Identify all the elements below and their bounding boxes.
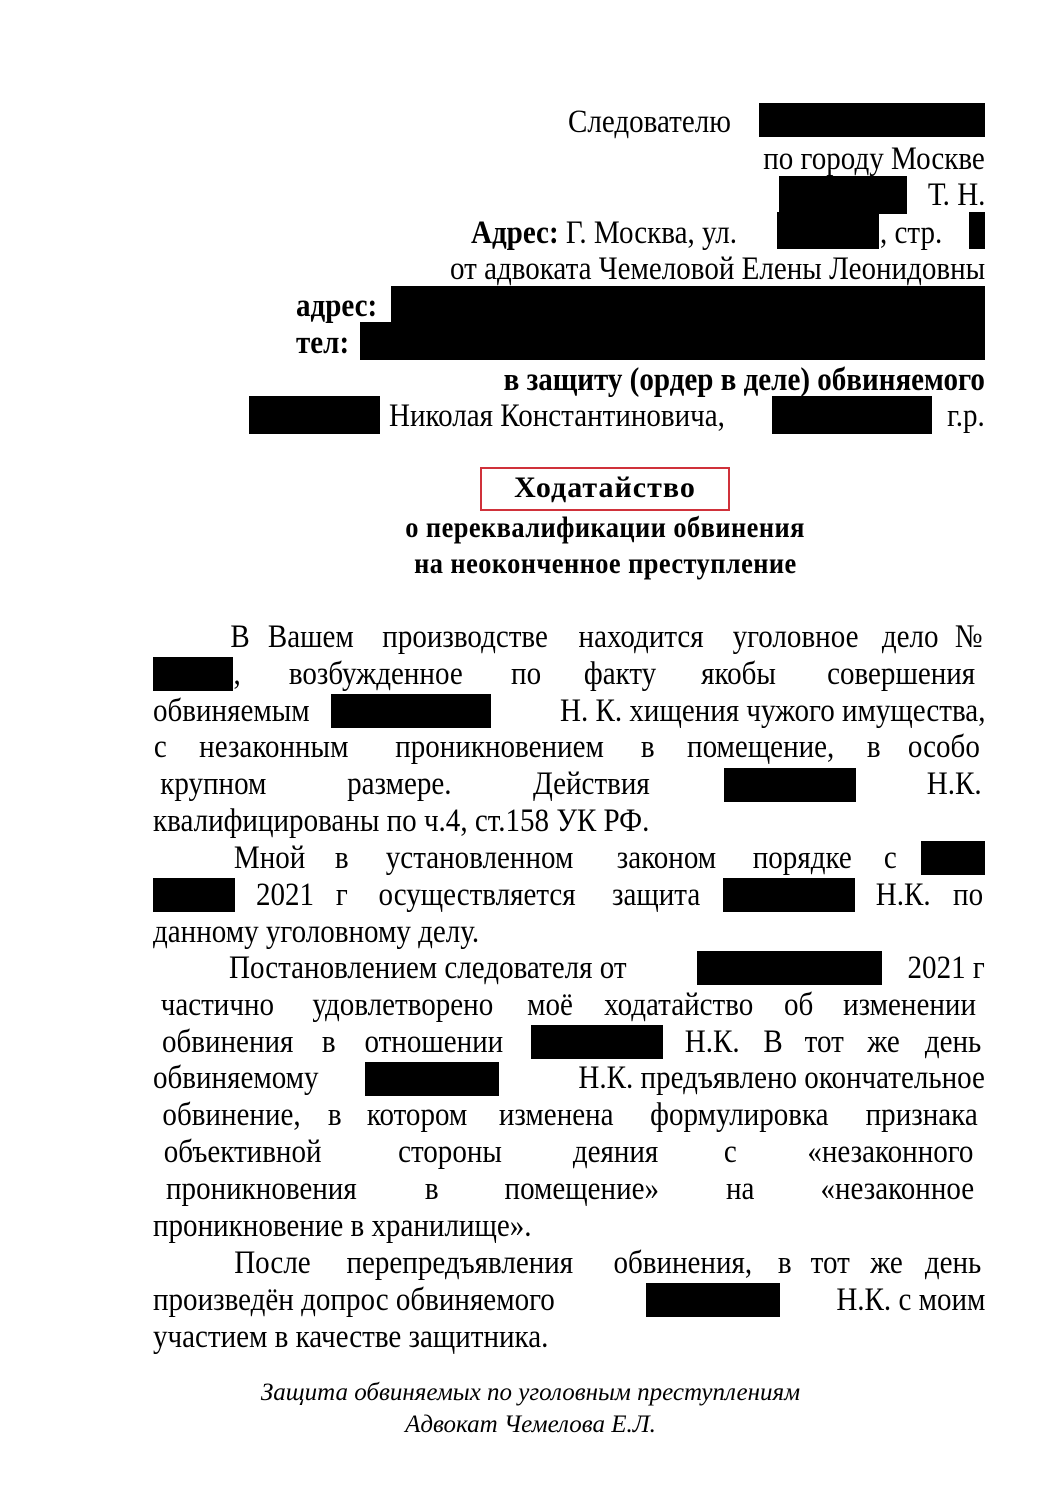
p2-line-2: 2021госуществляетсязащитаН.К.по: [153, 877, 985, 914]
to-line: Следователю: [568, 104, 753, 140]
word: отношении: [364, 1024, 503, 1061]
from-text: от адвоката Чемеловой Елены Леонидовны: [450, 251, 985, 287]
word: с: [154, 729, 167, 766]
word: Н.К.: [926, 766, 981, 803]
word: с: [724, 1134, 737, 1171]
p3-line-6: объективнойстороныдеянияс«незаконного: [153, 1134, 985, 1171]
word: на: [726, 1171, 754, 1208]
word: с: [884, 840, 897, 877]
word: особо: [908, 729, 980, 766]
word: обвинение,: [162, 1097, 300, 1134]
birth-suffix: г.р.: [947, 398, 985, 434]
paragraph-4: Послеперепредъявленияобвинения,втотжеден…: [153, 1245, 985, 1355]
footer-signature: Адвокат Чемелова Е.Л.: [0, 1409, 1061, 1441]
word: производстве: [382, 619, 548, 656]
p4-line-2: произведён допрос обвиняемого Н.К. с мои…: [153, 1282, 985, 1319]
word: осуществляется: [378, 877, 575, 914]
p3-line-4: обвиняемому Н.К. предъявлено окончательн…: [153, 1060, 985, 1097]
redacted-case-number: ,: [153, 656, 241, 693]
word: Н.К.: [685, 1024, 740, 1061]
word: Вашем: [268, 619, 354, 656]
word: день: [925, 1024, 981, 1061]
text: обвиняемому: [153, 1060, 319, 1097]
subtitle-1-text: о переквалификации обвинения: [405, 510, 805, 546]
text: Постановлением следователя от: [229, 950, 627, 987]
phone-label: тел:: [296, 325, 349, 361]
address-text: Г. Москва, ул.: [566, 215, 737, 251]
word: изменена: [498, 1097, 613, 1134]
p1-line-4: снезаконнымпроникновениемвпомещение,восо…: [153, 729, 985, 766]
subtitle-2-text: на неоконченное преступление: [414, 546, 797, 582]
text: участием в качестве защитника.: [153, 1319, 548, 1356]
redacted-street: [777, 212, 879, 249]
building-label: , стр.: [880, 215, 942, 251]
word: Действия: [533, 766, 650, 803]
redacted-building: [969, 212, 985, 249]
word: помещение»: [504, 1171, 659, 1208]
word: объективной: [164, 1134, 322, 1171]
word: В: [230, 619, 249, 656]
p1-line-2: ,возбужденноепофактуякобысовершения: [153, 656, 985, 693]
word: После: [234, 1245, 310, 1282]
word: крупном: [160, 766, 266, 803]
word: об: [784, 987, 813, 1024]
word: по: [953, 877, 983, 914]
word: обвинения: [162, 1024, 293, 1061]
building-line: , стр.: [880, 215, 951, 251]
word: ходатайство: [605, 987, 754, 1024]
word: законом: [617, 840, 716, 877]
word: находится: [579, 619, 704, 656]
word: удовлетворено: [312, 987, 493, 1024]
word: совершения: [827, 656, 975, 693]
text: 2021 г: [908, 950, 985, 987]
p2-line-3: данному уголовному делу.: [153, 914, 985, 951]
redacted-surname: [365, 1062, 499, 1096]
word: перепредъявления: [347, 1245, 574, 1282]
word: возбужденное: [288, 656, 462, 693]
p3-line-2: частичноудовлетвореномоёходатайствообизм…: [153, 987, 985, 1024]
word: по: [512, 656, 542, 693]
p1-line-3: обвиняемым Н. К. хищения чужого имуществ…: [153, 693, 985, 730]
word: проникновения: [166, 1171, 357, 1208]
word: В: [763, 1024, 782, 1061]
word: защита: [612, 877, 700, 914]
redacted-text: [531, 1025, 663, 1059]
word: порядке: [753, 840, 852, 877]
word: частично: [161, 987, 274, 1024]
word: формулировка: [650, 1097, 828, 1134]
lawyer-address-line: адрес:: [296, 288, 388, 324]
word: в: [335, 840, 349, 877]
redacted-surname: [331, 694, 491, 728]
word: в: [867, 729, 881, 766]
word: в: [425, 1171, 439, 1208]
word: г: [335, 877, 347, 914]
text: проникновение в хранилище».: [153, 1208, 532, 1245]
phone-line: тел:: [296, 325, 356, 361]
p1-line-6: квалифицированы по ч.4, ст.158 УК РФ.: [153, 803, 985, 840]
p3-line-7: проникновениявпомещение»на«незаконное: [153, 1171, 985, 1208]
redacted-lawyer-address: [391, 286, 985, 324]
redacted-surname: [646, 1283, 780, 1317]
word: факту: [584, 656, 656, 693]
lawyer-address-label: адрес:: [296, 288, 377, 324]
word: же: [871, 1245, 904, 1282]
p4-line-3: участием в качестве защитника.: [153, 1319, 985, 1356]
initials-line: Т. Н.: [0, 177, 985, 213]
p3-line-8: проникновение в хранилище».: [153, 1208, 985, 1245]
document-subtitle-line-2: на неоконченное преступление: [300, 546, 910, 582]
p3-line-1: Постановлением следователя от 2021 г: [153, 950, 985, 987]
paragraph-3: Постановлением следователя от 2021 г час…: [153, 950, 985, 1244]
word: изменении: [843, 987, 976, 1024]
word: проникновением: [395, 729, 604, 766]
defense-text: в защиту (ордер в деле) обвиняемого: [504, 362, 985, 398]
p3-line-3: обвинениявотношенииН.К.Втотжедень: [153, 1024, 985, 1061]
word: уголовное: [732, 619, 858, 656]
word: деяния: [573, 1134, 658, 1171]
text: Н.К. предъявлено окончательное: [579, 1060, 985, 1097]
word: незаконным: [200, 729, 349, 766]
defense-line: в защиту (ордер в деле) обвиняемого: [0, 362, 985, 398]
city-line: по городу Москве: [0, 141, 985, 177]
address-line: Адрес: Г. Москва, ул.: [471, 215, 773, 251]
p4-line-1: Послеперепредъявленияобвинения,втотжеден…: [153, 1245, 985, 1282]
redacted-phone: [360, 322, 985, 360]
p2-line-1: Мнойвустановленномзакономпорядкес: [153, 840, 985, 877]
word: признака: [865, 1097, 977, 1134]
p1-line-5: крупномразмере.ДействияН.К.: [153, 766, 985, 803]
word: котором: [366, 1097, 466, 1134]
paragraph-2: Мнойвустановленномзакономпорядкес 2021го…: [153, 840, 985, 950]
word: Мной: [234, 840, 305, 877]
redacted-text: [153, 657, 233, 691]
text: обвиняемым: [153, 693, 310, 730]
initials-text: Т. Н.: [927, 177, 985, 213]
word: в: [640, 729, 654, 766]
text: Н. К. хищения чужого имущества,: [560, 693, 985, 730]
birth-line: г.р.: [0, 398, 985, 434]
document-title: Ходатайство: [480, 468, 730, 508]
p1-line-1: ВВашемпроизводственаходитсяуголовноедело…: [153, 619, 985, 656]
word: №: [955, 619, 983, 656]
redacted-text: [724, 768, 856, 802]
address-label: Адрес:: [471, 215, 559, 251]
word: дело: [882, 619, 939, 656]
word: ,: [233, 656, 240, 693]
text: Н.К. с моим: [836, 1282, 985, 1319]
word: 2021: [256, 877, 314, 914]
word: день: [925, 1245, 981, 1282]
word: моё: [527, 987, 573, 1024]
text: данному уголовному делу.: [153, 914, 479, 951]
to-label: Следователю: [568, 104, 731, 140]
word: «незаконное: [821, 1171, 975, 1208]
word: тот: [805, 1024, 844, 1061]
word: же: [868, 1024, 901, 1061]
word: тот: [811, 1245, 850, 1282]
p3-line-5: обвинение,вкоторомизмененаформулировкапр…: [153, 1097, 985, 1134]
word: в: [322, 1024, 336, 1061]
redacted-date: [697, 951, 882, 985]
document-subtitle-line-1: о переквалификации обвинения: [300, 510, 910, 546]
word: помещение,: [687, 729, 834, 766]
redacted-text: [153, 878, 235, 912]
redacted-investigator-name: [759, 103, 985, 137]
word: якобы: [702, 656, 777, 693]
word: «незаконного: [808, 1134, 974, 1171]
paragraph-1: ВВашемпроизводственаходитсяуголовноедело…: [153, 619, 985, 840]
word: Н.К.: [875, 877, 930, 914]
redacted-text: [921, 841, 985, 875]
text: квалифицированы по ч.4, ст.158 УК РФ.: [153, 803, 649, 840]
word: установленном: [386, 840, 574, 877]
from-line: от адвоката Чемеловой Елены Леонидовны: [0, 251, 985, 287]
text: произведён допрос обвиняемого: [153, 1282, 555, 1319]
word: в: [328, 1097, 342, 1134]
footer-tagline: Защита обвиняемых по уголовным преступле…: [0, 1377, 1061, 1409]
word: в: [778, 1245, 792, 1282]
word: размере.: [347, 766, 451, 803]
redacted-text: [723, 878, 855, 912]
word: обвинения,: [614, 1245, 753, 1282]
city-text: по городу Москве: [763, 141, 985, 177]
word: стороны: [398, 1134, 502, 1171]
